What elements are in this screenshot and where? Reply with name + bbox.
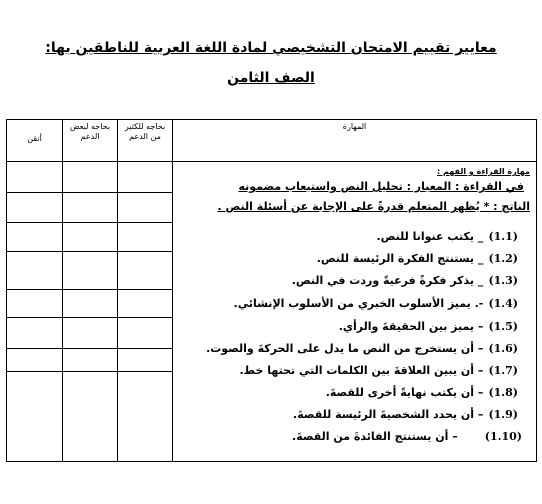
item-text: -. يميز الأسلوب الخبري من الأسلوب الإنشا…	[234, 297, 484, 310]
item-text: – أن يستنتج الفائدةَ من القصةَ.	[292, 430, 458, 443]
row-divider	[7, 371, 173, 372]
item-number: (1.5)	[488, 320, 518, 333]
item-number: (1.3)	[488, 274, 518, 287]
item-number: (1.4)	[488, 297, 518, 310]
list-item: (1.6) – أن يستخرج من النص ما يدل على الح…	[206, 337, 518, 356]
item-number: (1.9)	[488, 408, 518, 421]
outcome-text: الناتج : * يُظهر المتعلم قدرةً على الإجا…	[218, 200, 530, 213]
item-number: (1.6)	[488, 342, 518, 355]
item-text: _ يذكر فكرةً فرعيةً وردت في النص.	[292, 274, 484, 287]
header-mastered: أتقن	[7, 134, 62, 144]
item-text: – أن يكتب نهايةً أخرى للقصةَ.	[326, 386, 484, 399]
list-item: (1.5) – يميز بين الحقيقةَ والرأي.	[339, 315, 518, 334]
list-item: (1.9) – أن يحدد الشخصيةَ الرئيسة للقصةَ.	[293, 403, 518, 422]
item-text: – أن يستخرج من النص ما يدل على الحركةَ و…	[206, 342, 483, 355]
item-number: (1.2)	[488, 252, 518, 265]
list-item: (1.1) _ يكتب عنوانا للنص.	[376, 225, 518, 244]
item-text: – أن يبين العلاقةَ بين الكلمات التي تحته…	[240, 364, 484, 377]
document-title: معايير تقييم الامتحان التشخيصي لمادة الل…	[0, 40, 542, 56]
standard-text: في القراءة : المعيار : تحليل النص واستيع…	[238, 180, 524, 193]
row-divider	[7, 317, 173, 318]
header-some-support: بحاجه لبعض الدعم	[63, 122, 117, 142]
list-item: (1.7) – أن يبين العلاقةَ بين الكلمات الت…	[240, 359, 519, 378]
row-divider	[7, 289, 173, 290]
list-item: (1.3) _ يذكر فكرةً فرعيةً وردت في النص.	[292, 269, 518, 288]
item-text: _ يكتب عنوانا للنص.	[376, 230, 483, 243]
item-number: (1.1)	[488, 230, 518, 243]
list-item: (1.4) -. يميز الأسلوب الخبري من الأسلوب …	[234, 292, 518, 311]
skill-heading: مهارة القراءة و الفهم :	[437, 167, 530, 176]
header-skill: المهارة	[173, 122, 536, 132]
item-text: _ يستنتج الفكرة الرئيسة للنص.	[317, 252, 484, 265]
item-text: – أن يحدد الشخصيةَ الرئيسة للقصةَ.	[293, 408, 483, 421]
list-item: (1.10) – أن يستنتج الفائدةَ من القصةَ.	[292, 425, 522, 444]
column-divider	[62, 120, 63, 461]
item-number: (1.8)	[488, 386, 518, 399]
list-item: (1.2) _ يستنتج الفكرة الرئيسة للنص.	[317, 247, 518, 266]
skill-column: مهارة القراءة و الفهم : في القراءة : الم…	[173, 162, 536, 461]
header-much-support: بحاجه للكثير من الدعم	[118, 122, 172, 142]
row-divider	[7, 348, 173, 349]
item-text: – يميز بين الحقيقةَ والرأي.	[339, 320, 484, 333]
row-divider	[7, 192, 173, 193]
list-item: (1.8) – أن يكتب نهايةً أخرى للقصةَ.	[326, 381, 518, 400]
row-divider	[7, 222, 173, 223]
document-subtitle: الصف الثامن	[0, 70, 542, 86]
column-divider	[117, 120, 118, 461]
item-number: (1.7)	[488, 364, 518, 377]
item-number: (1.10)	[485, 430, 522, 443]
row-divider	[7, 251, 173, 252]
assessment-table: أتقن بحاجه لبعض الدعم بحاجه للكثير من ال…	[6, 119, 537, 462]
